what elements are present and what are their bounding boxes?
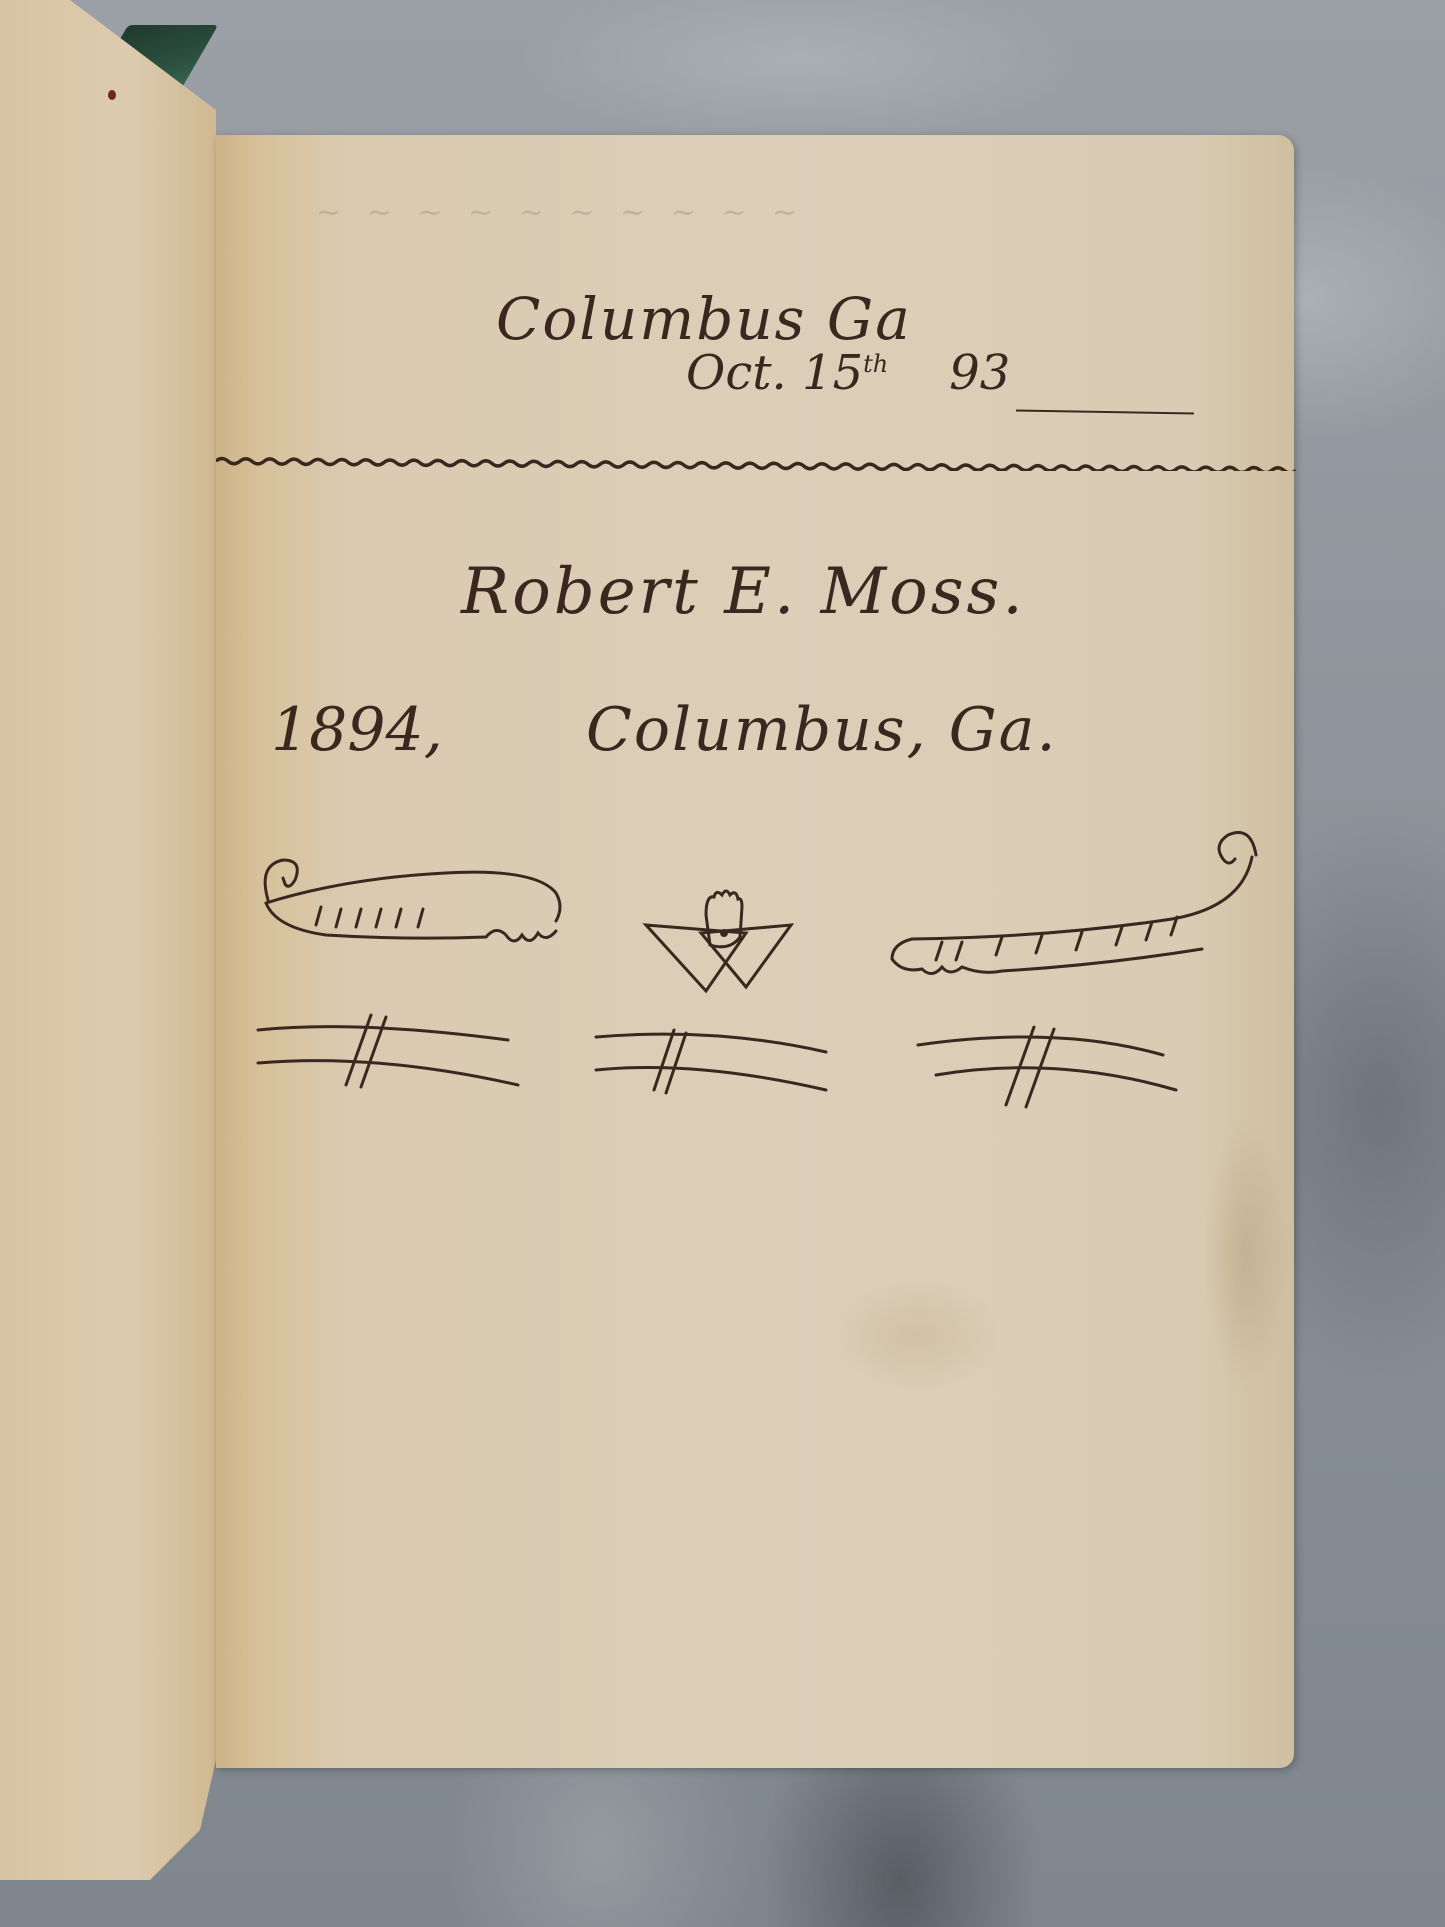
- right-feather-quill-icon: [892, 833, 1256, 974]
- left-page: [0, 0, 216, 1880]
- ink-flourish-ornament: [246, 815, 1286, 1155]
- date-suffix: th: [863, 350, 888, 378]
- year-inscription: 1894,: [271, 695, 443, 765]
- date-month-day: Oct. 15: [686, 345, 863, 401]
- place-inscription: Columbus, Ga.: [586, 695, 1058, 765]
- hash-underlines-icon: [258, 1015, 1176, 1107]
- wavy-divider-line: [216, 451, 1298, 471]
- center-hand-emblem-icon: [646, 891, 791, 991]
- left-feather-quill-icon: [265, 860, 560, 941]
- flyleaf-page: ~ ~ ~ ~ ~ ~ ~ ~ ~ ~ Columbus Ga Oct. 15t…: [216, 135, 1294, 1768]
- owner-name-inscription: Robert E. Moss.: [461, 555, 1026, 629]
- top-date-inscription: Oct. 15th 93: [686, 345, 1010, 401]
- date-underline: [1016, 409, 1194, 414]
- ink-spot: [108, 90, 116, 100]
- top-place-inscription: Columbus Ga: [496, 285, 912, 353]
- date-year: 93: [949, 345, 1010, 401]
- faint-erased-writing: ~ ~ ~ ~ ~ ~ ~ ~ ~ ~: [316, 195, 1116, 230]
